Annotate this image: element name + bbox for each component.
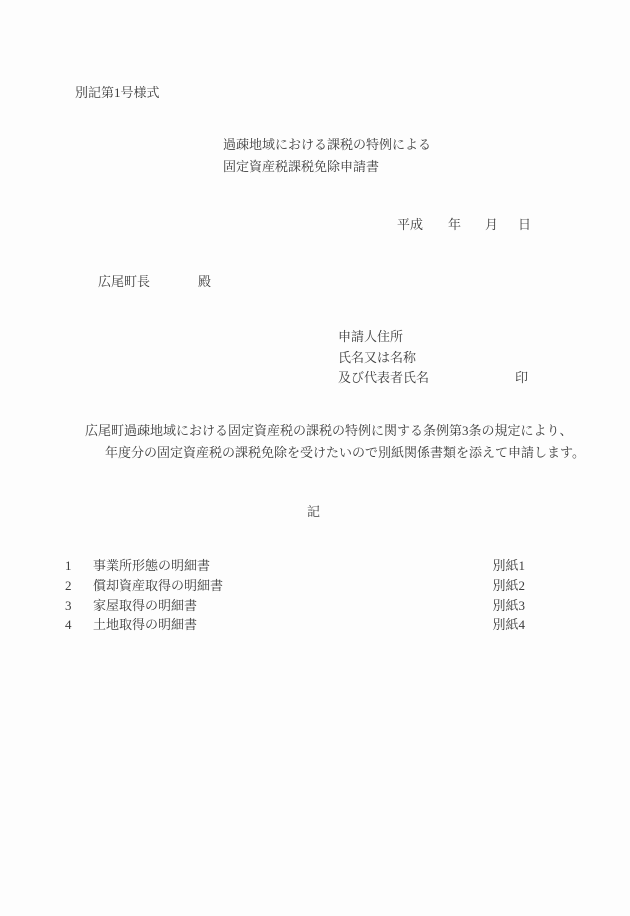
- attachment-ref: 別紙4: [492, 617, 525, 632]
- applicant-name-label: 氏名又は名称: [338, 348, 528, 369]
- date-month-label: 月: [485, 217, 498, 232]
- attachment-row: 2 償却資産取得の明細書 別紙2: [65, 578, 525, 593]
- attachment-row: 3 家屋取得の明細書 別紙3: [65, 598, 525, 613]
- list-heading: 記: [307, 501, 320, 520]
- date-day-label: 日: [518, 217, 531, 232]
- attachment-title: 事業所形態の明細書: [93, 558, 492, 573]
- addressee-line: 広尾町長殿: [98, 271, 211, 290]
- attachment-title: 償却資産取得の明細書: [93, 578, 492, 593]
- attachment-number: 4: [65, 617, 93, 632]
- attachment-number: 1: [65, 558, 93, 573]
- attachment-row: 1 事業所形態の明細書 別紙1: [65, 558, 525, 573]
- date-era-label: 平成: [397, 217, 423, 232]
- applicant-block: 申請人住所 氏名又は名称 及び代表者氏名印: [338, 327, 528, 389]
- applicant-address-label: 申請人住所: [338, 327, 528, 348]
- seal-mark: 印: [515, 370, 528, 385]
- applicant-representative-line: 及び代表者氏名印: [338, 368, 528, 389]
- attachment-ref: 別紙1: [492, 558, 525, 573]
- form-number: 別記第1号様式: [75, 82, 160, 101]
- document-page: 別記第1号様式 過疎地域における課税の特例による 固定資産税課税免除申請書 平成…: [0, 0, 630, 916]
- attachment-number: 3: [65, 598, 93, 613]
- date-line: 平成年月日: [397, 214, 531, 233]
- addressee-name: 広尾町長: [98, 274, 150, 289]
- addressee-honorific: 殿: [198, 274, 211, 289]
- document-title-line2: 固定資産税課税免除申請書: [223, 156, 431, 178]
- body-paragraph-line1: 広尾町過疎地域における固定資産税の課税の特例に関する条例第3条の規定により、: [85, 420, 573, 439]
- document-title: 過疎地域における課税の特例による 固定資産税課税免除申請書: [223, 134, 431, 178]
- attachment-title: 家屋取得の明細書: [93, 598, 492, 613]
- date-year-label: 年: [448, 217, 461, 232]
- body-paragraph-line2: 年度分の固定資産税の課税免除を受けたいので別紙関係書類を添えて申請します。: [105, 442, 585, 461]
- attachment-title: 土地取得の明細書: [93, 617, 492, 632]
- attachment-ref: 別紙2: [492, 578, 525, 593]
- document-title-line1: 過疎地域における課税の特例による: [223, 134, 431, 156]
- attachment-number: 2: [65, 578, 93, 593]
- applicant-representative-label: 及び代表者氏名: [338, 370, 429, 385]
- attachment-ref: 別紙3: [492, 598, 525, 613]
- attachment-row: 4 土地取得の明細書 別紙4: [65, 617, 525, 632]
